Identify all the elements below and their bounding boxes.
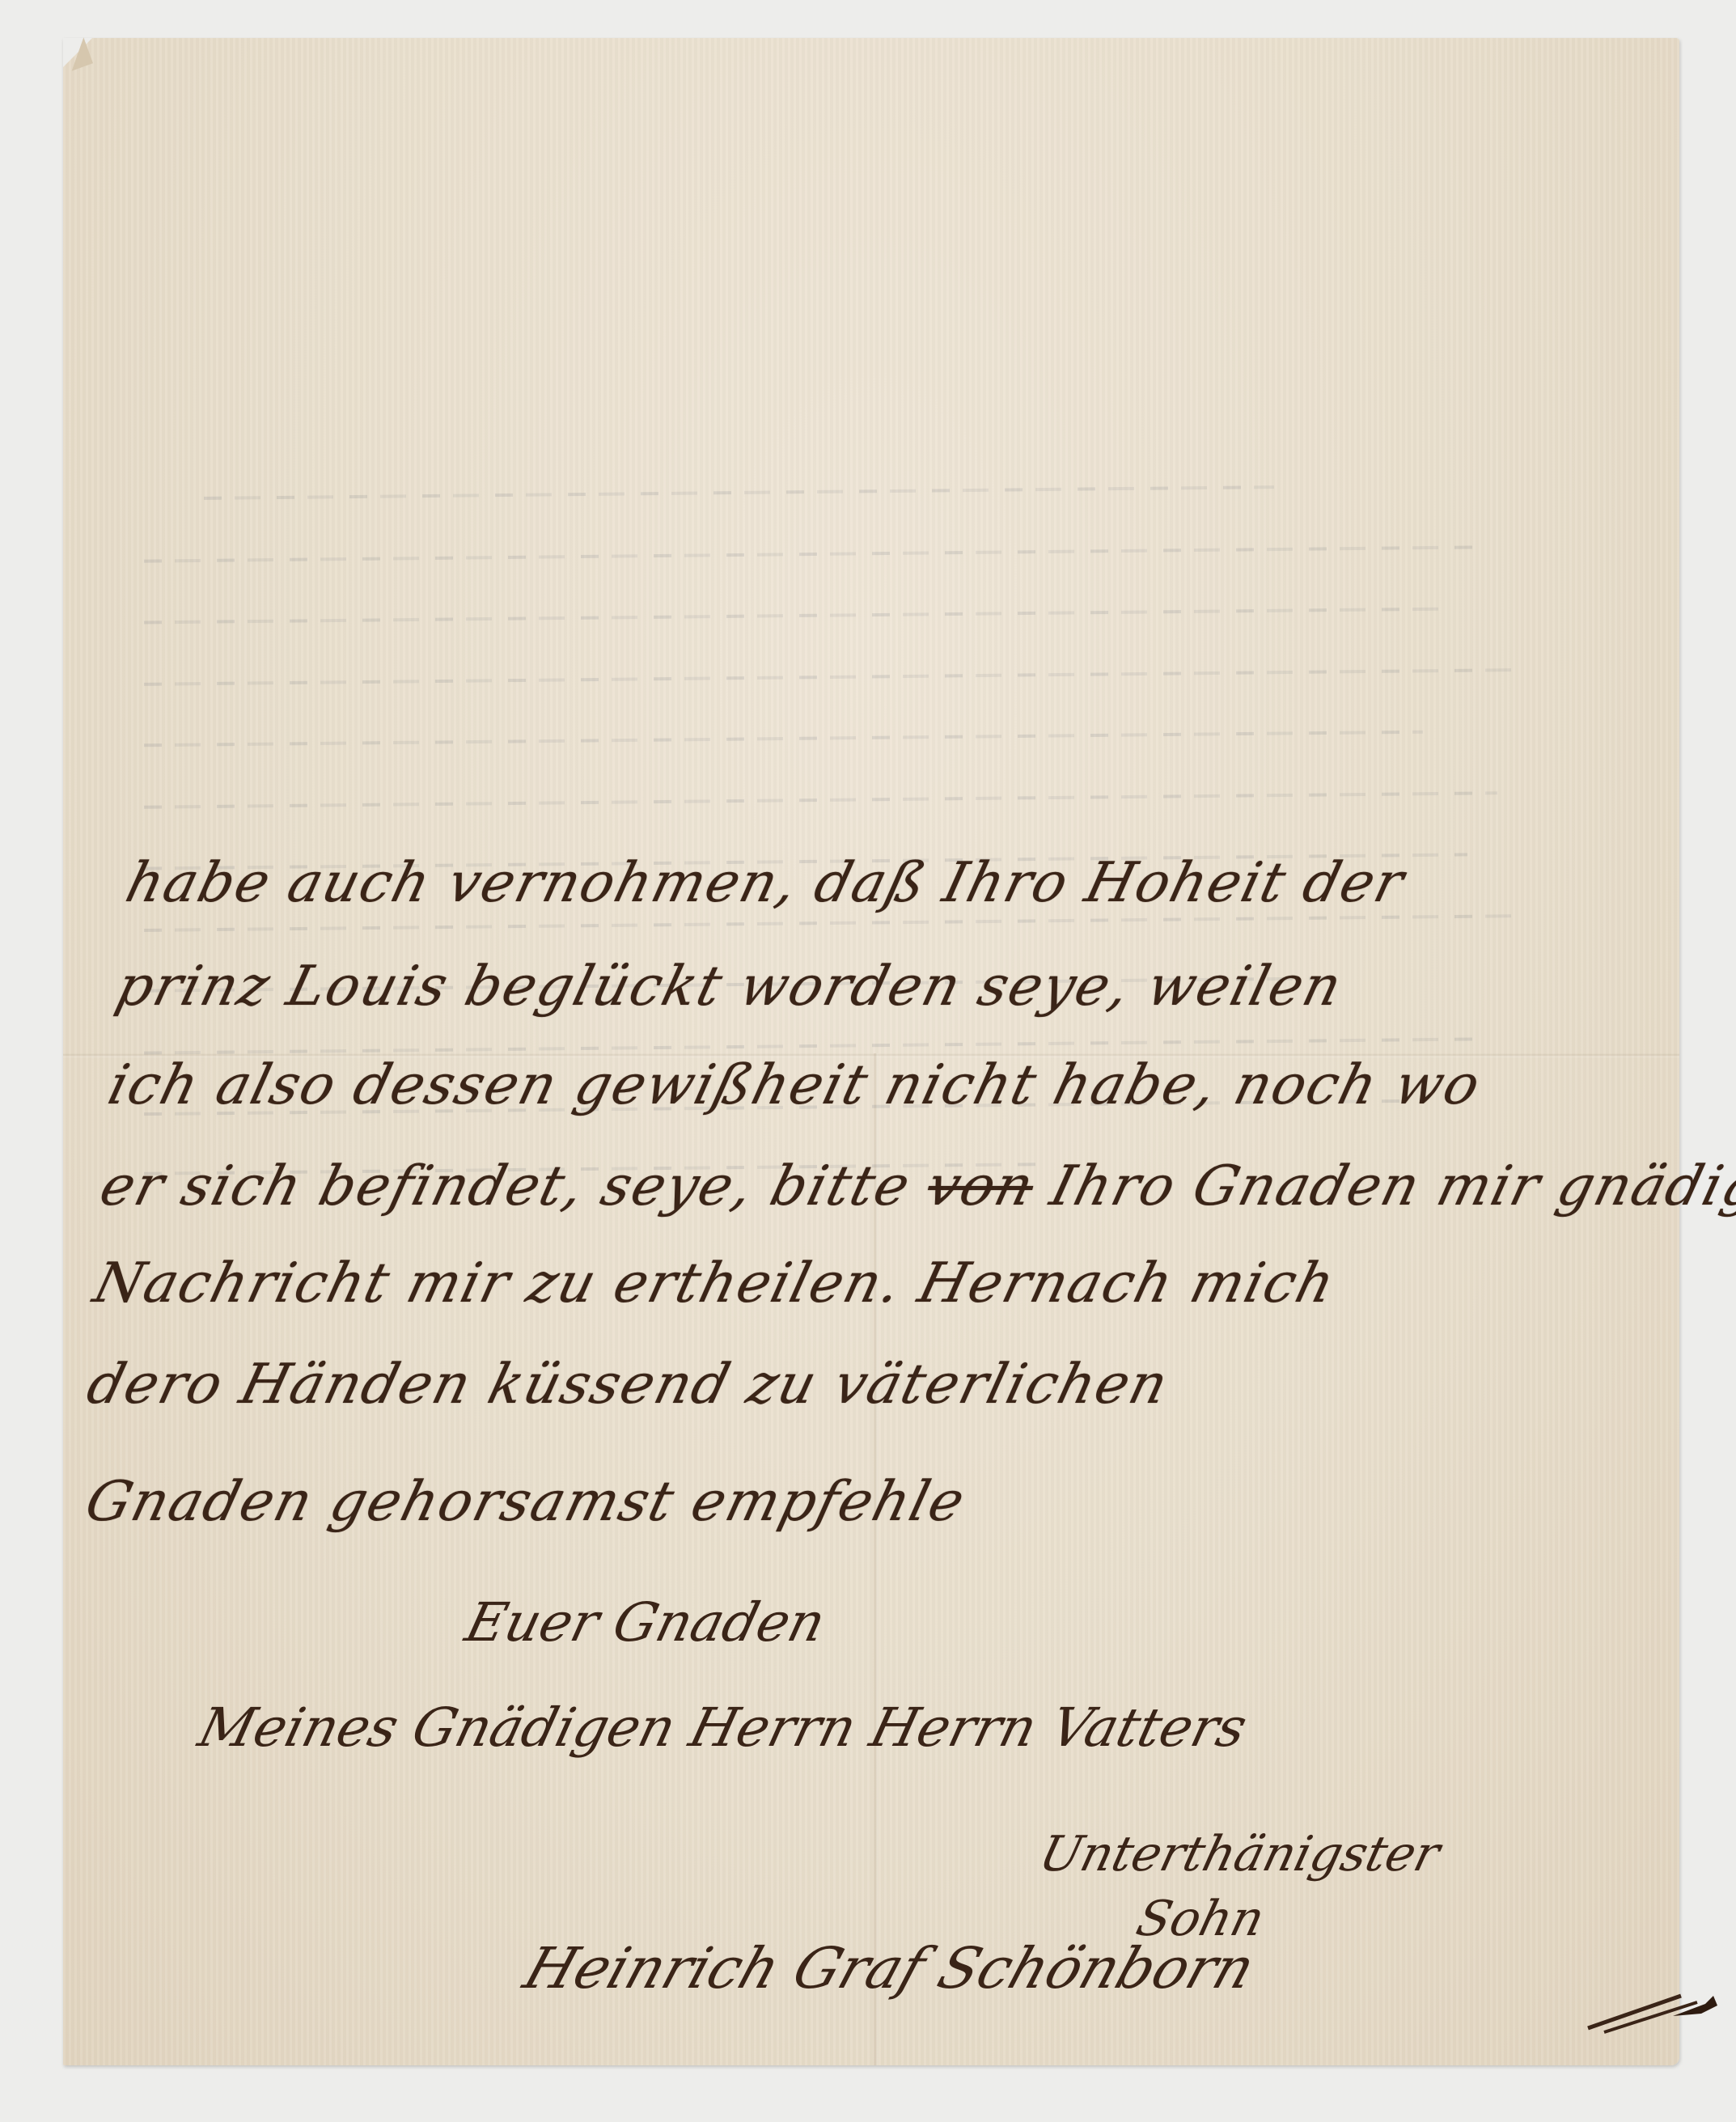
- body-line-7: Gnaden gehorsamst empfehle: [79, 1470, 972, 1534]
- body-line-2: prinz Louis beglückt worden seye, weilen: [110, 955, 1349, 1019]
- struck-word: von: [921, 1154, 1041, 1218]
- body-line-4: er sich befindet, seye, bitte von Ihro G…: [94, 1154, 1736, 1218]
- body-line-4-end: Ihro Gnaden mir gnädige: [1044, 1154, 1736, 1218]
- signature-flourish-icon: [1584, 1972, 1721, 2036]
- signature: Heinrich Graf Schönborn: [516, 1935, 1263, 2001]
- signoff-line-1: Unterthänigster: [1034, 1826, 1446, 1883]
- body-line-6: dero Händen küssend zu väterlichen: [81, 1353, 1175, 1417]
- body-line-4-start: er sich befindet, seye, bitte: [94, 1154, 917, 1218]
- closing-line-1: Euer Gnaden: [459, 1591, 832, 1654]
- body-line-3: ich also dessen gewißheit nicht habe, no…: [102, 1053, 1488, 1117]
- closing-line-2: Meines Gnädigen Herrn Herrn Vatters: [193, 1696, 1253, 1759]
- body-line-5: Nachricht mir zu ertheilen. Hernach mich: [87, 1252, 1342, 1315]
- body-line-1: habe auch vernohmen, daß Ihro Hoheit der: [120, 851, 1412, 915]
- letter-page: habe auch vernohmen, daß Ihro Hoheit der…: [63, 38, 1679, 2065]
- letter-text: habe auch vernohmen, daß Ihro Hoheit der…: [63, 38, 1679, 2065]
